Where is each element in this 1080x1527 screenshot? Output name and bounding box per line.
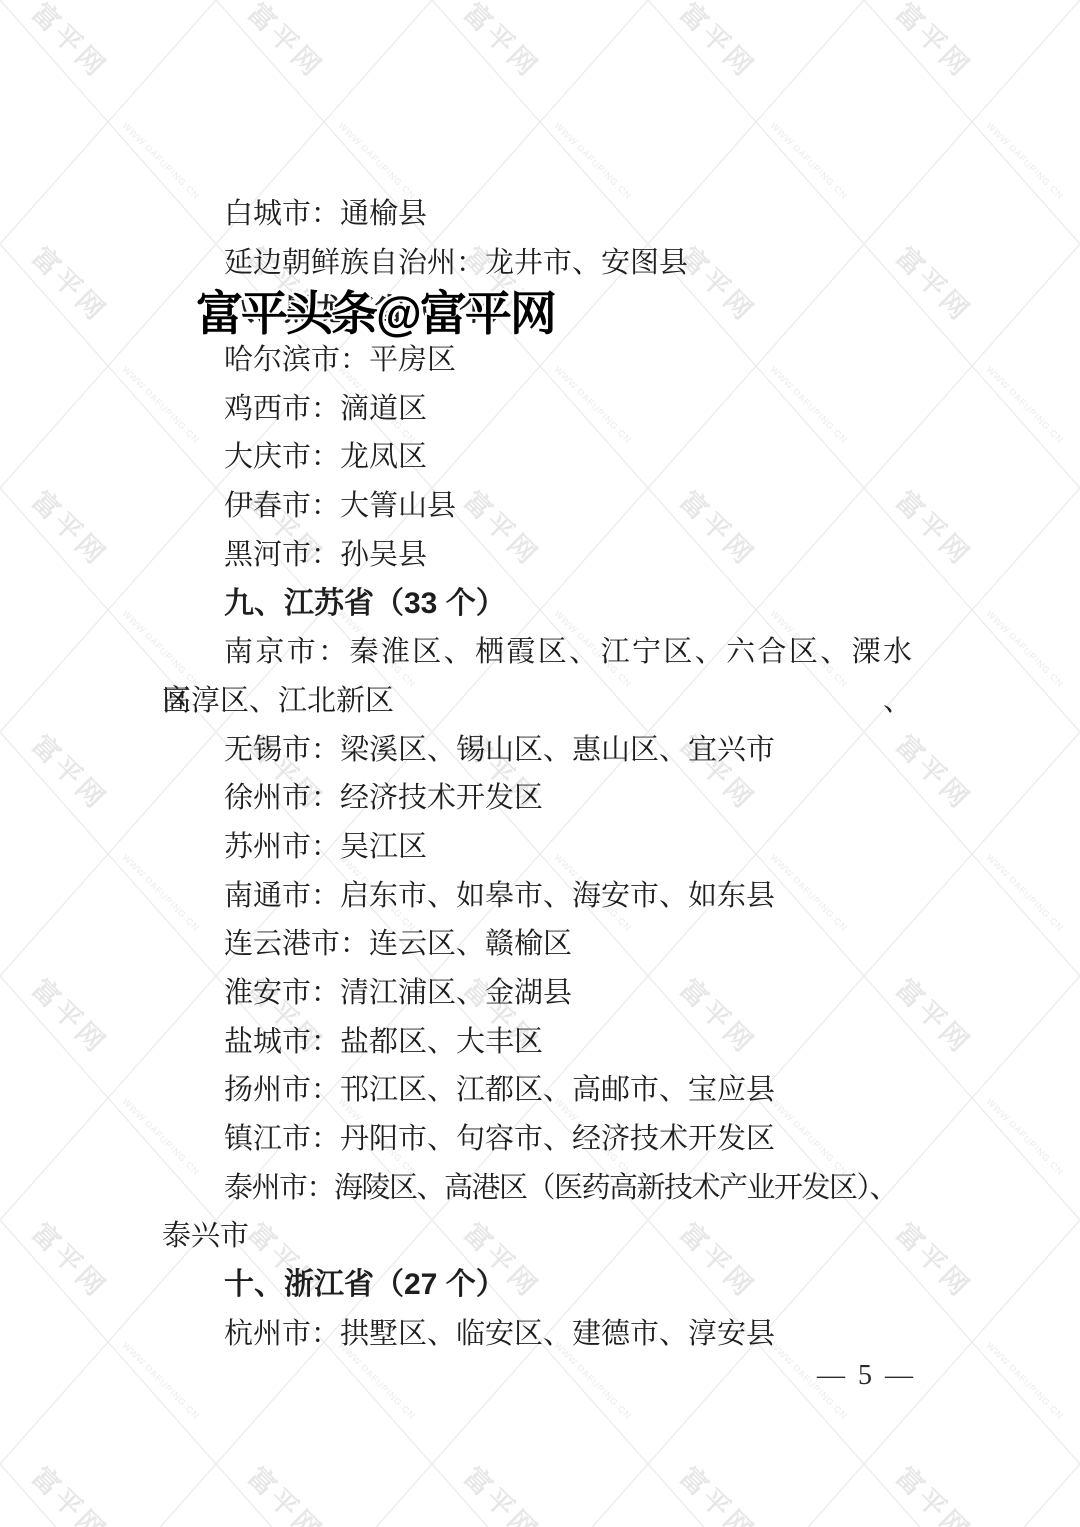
document-line: 杭州市：拱墅区、临安区、建德市、淳安县 <box>162 1310 912 1359</box>
document-line: 徐州市：经济技术开发区 <box>162 774 912 823</box>
document-lines: 白城市：通榆县延边朝鲜族自治州：龙井市、安图县八、黑龙江省（5 个）哈尔滨市：平… <box>162 190 912 1359</box>
document-line: 淮安市：清江浦区、金湖县 <box>162 969 912 1018</box>
document-line: 黑河市：孙吴县 <box>162 531 912 580</box>
document-line: 鸡西市：滴道区 <box>162 385 912 434</box>
overlay-watermark: 富平头条@富平网 <box>196 288 555 340</box>
page-number: — 5 — <box>817 1360 916 1392</box>
document-line: 泰州市：海陵区、高港区（医药高新技术产业开发区）、 <box>162 1164 912 1213</box>
document-line: 南京市：秦淮区、栖霞区、江宁区、六合区、溧水区、 <box>162 628 912 677</box>
document-line: 扬州市：邗江区、江都区、高邮市、宝应县 <box>162 1066 912 1115</box>
document-line: 延边朝鲜族自治州：龙井市、安图县 <box>162 239 912 288</box>
section-heading: 九、江苏省（33 个） <box>162 580 912 629</box>
document-line: 白城市：通榆县 <box>162 190 912 239</box>
document-line: 镇江市：丹阳市、句容市、经济技术开发区 <box>162 1115 912 1164</box>
document-page: 富平网 WWW.DAFUPING.CN 白城市：通榆县延边朝鲜族自治州：龙井市、… <box>0 0 1080 1527</box>
document-line: 无锡市：梁溪区、锡山区、惠山区、宜兴市 <box>162 726 912 775</box>
continuation-line: 泰兴市 <box>162 1212 912 1261</box>
document-line: 苏州市：吴江区 <box>162 823 912 872</box>
document-line: 大庆市：龙凤区 <box>162 433 912 482</box>
document-line: 哈尔滨市：平房区 <box>162 336 912 385</box>
section-heading: 十、浙江省（27 个） <box>162 1261 912 1310</box>
document-line: 盐城市：盐都区、大丰区 <box>162 1018 912 1067</box>
document-line: 伊春市：大箐山县 <box>162 482 912 531</box>
document-line: 连云港市：连云区、赣榆区 <box>162 920 912 969</box>
document-line: 南通市：启东市、如皋市、海安市、如东县 <box>162 872 912 921</box>
